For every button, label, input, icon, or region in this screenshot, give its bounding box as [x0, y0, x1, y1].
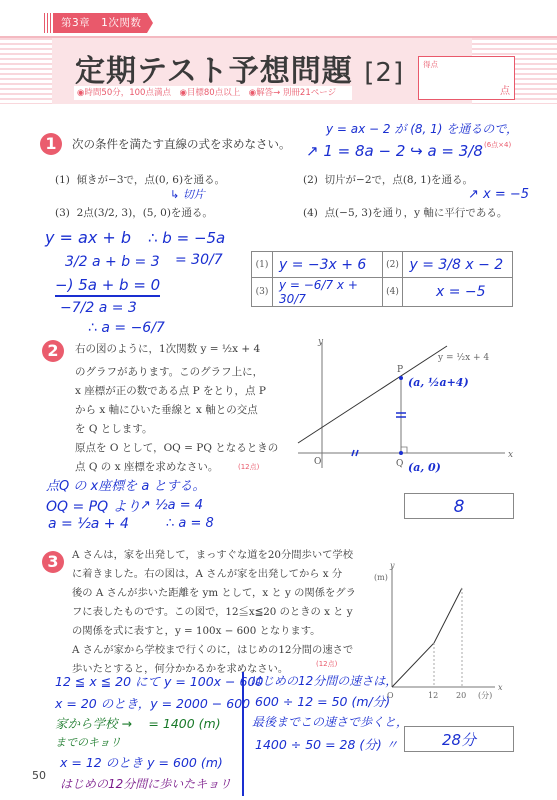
p2-note-5: ∴ a = 8	[166, 516, 214, 531]
chapter-stripes	[44, 13, 53, 33]
answer-label-4: (4)	[382, 278, 403, 307]
p3-note-right-2: 600 ÷ 12 = 50 (m/分)	[255, 692, 390, 710]
problem-1-answer-table: (1) y = −3x + 6 (2) y = 3/8 x − 2 (3) y …	[251, 251, 513, 307]
problem-2-text: 右の図のように，1次関数 y = ½x + 4 のグラフがあります。このグラフ上…	[75, 340, 285, 477]
graph3-x-label: x	[498, 683, 503, 692]
work-7: = 30/7	[175, 252, 223, 268]
problem-3-points: (12点)	[316, 659, 337, 669]
answer-label-3: (3)	[252, 278, 273, 307]
p3-note-left-5: x = 12 のとき y = 600 (m)	[60, 753, 223, 771]
work-4: −7/2 a = 3	[60, 300, 137, 316]
chapter-label: 第3章 1次関数	[53, 13, 147, 33]
answer-cell-4[interactable]: x = −5	[403, 278, 513, 307]
graph3-tick-12: 12	[428, 691, 438, 700]
note-p1-2-line1: y = ax − 2 が (8, 1) を通るので，	[326, 120, 518, 137]
work-3: −) 5a + b = 0	[55, 276, 160, 297]
p2-note-3: a = ½a + 4	[48, 516, 129, 532]
p3-note-left-3: 家から学校 → = 1400 (m)	[55, 714, 221, 732]
p2-note-1: 点Q の x座標を a とする。	[46, 475, 205, 494]
graph3-y-label: y	[389, 561, 395, 570]
chapter-tab: 第3章 1次関数	[44, 13, 153, 33]
answer-label-1: (1)	[252, 252, 273, 278]
graph3-y-unit: (m)	[374, 573, 388, 582]
p2-note-2: OQ = PQ より	[46, 496, 141, 516]
p3-note-left-2: x = 20 のとき，y = 2000 − 600	[55, 694, 250, 712]
test-info: ◉時間50分，100点満点 ◉目標80点以上 ◉解答→ 別冊21ページ	[74, 86, 352, 100]
title-number: [2]	[364, 58, 404, 88]
work-1: y = ax + b	[45, 228, 131, 247]
work-5: ∴ a = −6/7	[88, 320, 165, 336]
p2-note-4: ↗ ½a = 4	[140, 498, 203, 513]
problem-1-item-1: (1) 傾きが−3で，点(0, 6)を通る。	[55, 172, 225, 187]
problem-2-answer-box[interactable]: 8	[404, 493, 514, 519]
p3-note-right-1: はじめの12分間の速さは，	[250, 672, 397, 689]
page-title: 定期テスト予想問題 [2]	[75, 46, 404, 90]
score-label: 得点	[423, 59, 438, 70]
note-p1-4: ↗ x = −5	[468, 187, 529, 202]
p3-note-left-1: 12 ≦ x ≦ 20 にて y = 100x − 600	[55, 672, 263, 690]
p3-note-left-4: までのキョリ	[55, 734, 121, 750]
answer-cell-1[interactable]: y = −3x + 6	[272, 252, 382, 278]
p3-note-right-4: 1400 ÷ 50 = 28 (分) 〃	[255, 735, 398, 753]
note-p1-2-line2: ↗ 1 = 8a − 2 ↪ a = 3/8	[306, 142, 483, 160]
graph2-point-q: Q	[396, 459, 403, 469]
problem-3-number: 3	[42, 551, 64, 573]
work-2: 3/2 a + b = 3	[65, 254, 160, 270]
graph2-point-p: P	[397, 365, 403, 375]
graph2-y-label: y	[317, 337, 324, 347]
problem-1-question: 次の条件を満たす直線の式を求めなさい。	[72, 136, 291, 152]
problem-1-item-2: (2) 切片が−2で，点(8, 1)を通る。	[303, 172, 473, 187]
score-unit: 点	[500, 82, 510, 97]
problem-2-graph: y x O P Q y = ½x + 4 (a, ½a+4) (a, 0)	[290, 330, 530, 480]
graph3-x-unit: (分)	[478, 690, 492, 700]
problem-2-number: 2	[42, 340, 64, 362]
graph3-tick-20: 20	[456, 691, 466, 700]
answer-cell-2[interactable]: y = 3/8 x − 2	[403, 252, 513, 278]
problem-1-item-3: (3) 2点(3/2, 3)，(5, 0)を通る。	[55, 205, 213, 220]
graph2-x-label: x	[508, 450, 513, 460]
graph2-note-q: (a, 0)	[408, 461, 441, 474]
graph2-equation: y = ½x + 4	[437, 352, 489, 363]
problem-1-points: (6点×4)	[484, 140, 511, 150]
handwritten-divider	[242, 672, 244, 796]
problem-2-points: (12点)	[238, 462, 259, 472]
score-box[interactable]: 得点 点	[418, 56, 515, 100]
problem-3-answer-box[interactable]: 28分	[404, 726, 514, 752]
graph2-origin: O	[314, 457, 321, 467]
chapter-arrow-icon	[147, 13, 153, 33]
answer-cell-3[interactable]: y = −6/7 x + 30/7	[272, 278, 382, 307]
page-number: 50	[32, 769, 46, 782]
p3-note-right-3: 最後までこの速さで歩くと，	[252, 713, 408, 730]
title-text: 定期テスト予想問題	[75, 54, 353, 89]
graph2-note-p: (a, ½a+4)	[408, 376, 469, 389]
answer-label-2: (2)	[382, 252, 403, 278]
problem-1-item-4: (4) 点(−5, 3)を通り，y 軸に平行である。	[303, 205, 507, 220]
note-intercept: ↳ 切片	[170, 186, 205, 202]
problem-1-number: 1	[40, 133, 62, 155]
p3-note-left-6: はじめの12分間に歩いたキョリ	[60, 775, 231, 792]
work-6: ∴ b = −5a	[148, 229, 225, 247]
